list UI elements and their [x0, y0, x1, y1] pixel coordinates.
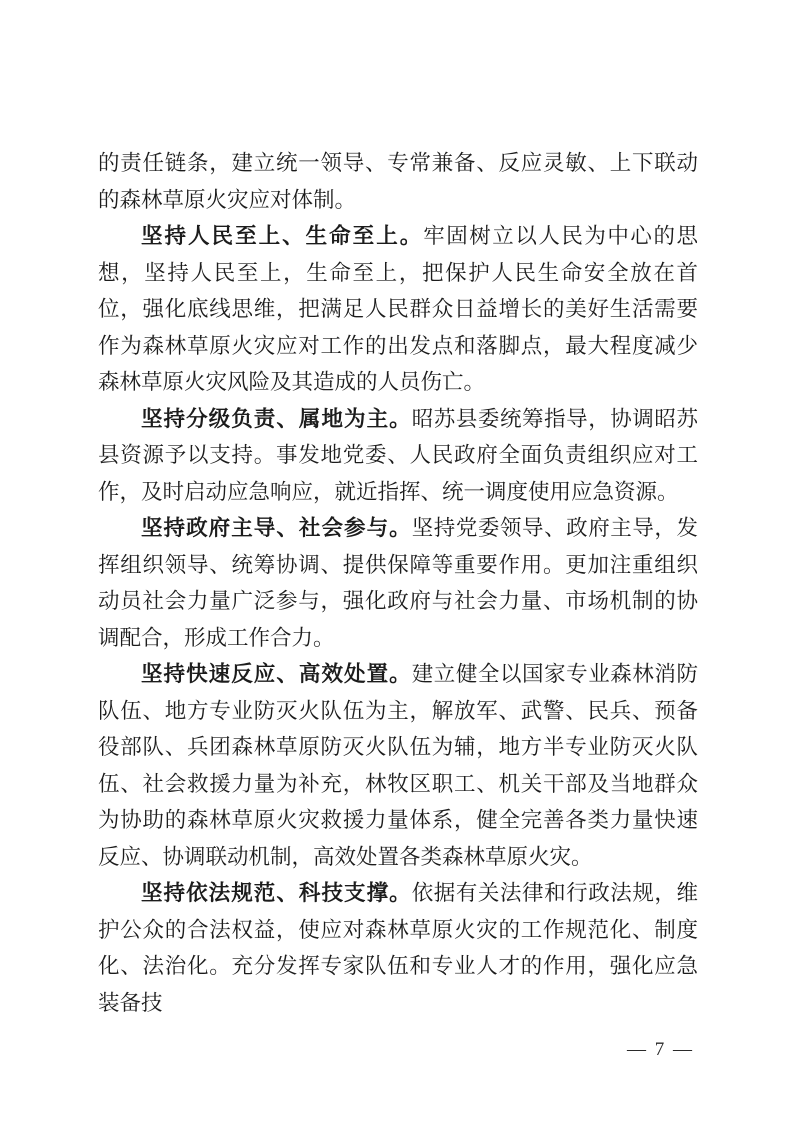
- paragraph-lead: 坚持政府主导、社会参与。: [141, 516, 412, 540]
- paragraph: 坚持分级负责、属地为主。昭苏县委统筹指导，协调昭苏县资源予以支持。事发地党委、人…: [98, 401, 698, 511]
- paragraph: 坚持人民至上、生命至上。牢固树立以人民为中心的思想，坚持人民至上，生命至上，把保…: [98, 218, 698, 401]
- paragraph: 坚持依法规范、科技支撑。依据有关法律和行政法规，维护公众的合法权益，使应对森林草…: [98, 875, 698, 1021]
- paragraph-body: 建立健全以国家专业森林消防队伍、地方专业防灭火队伍为主，解放军、武警、民兵、预备…: [98, 662, 698, 869]
- page-number: — 7 —: [627, 1039, 694, 1060]
- paragraph: 坚持快速反应、高效处置。建立健全以国家专业森林消防队伍、地方专业防灭火队伍为主，…: [98, 656, 698, 875]
- paragraph-body: 牢固树立以人民为中心的思想，坚持人民至上，生命至上，把保护人民生命安全放在首位，…: [98, 224, 698, 394]
- document-body: 的责任链条，建立统一领导、专常兼备、反应灵敏、上下联动的森林草原火灾应对体制。 …: [98, 145, 698, 1021]
- paragraph-lead: 坚持快速反应、高效处置。: [141, 662, 412, 686]
- paragraph-lead: 坚持依法规范、科技支撑。: [141, 881, 412, 905]
- paragraph-body: 的责任链条，建立统一领导、专常兼备、反应灵敏、上下联动的森林草原火灾应对体制。: [98, 151, 698, 212]
- document-page: 的责任链条，建立统一领导、专常兼备、反应灵敏、上下联动的森林草原火灾应对体制。 …: [0, 0, 793, 1122]
- paragraph: 坚持政府主导、社会参与。坚持党委领导、政府主导，发挥组织领导、统筹协调、提供保障…: [98, 510, 698, 656]
- paragraph: 的责任链条，建立统一领导、专常兼备、反应灵敏、上下联动的森林草原火灾应对体制。: [98, 145, 698, 218]
- paragraph-lead: 坚持分级负责、属地为主。: [141, 407, 412, 431]
- page-footer: — 7 —: [98, 1036, 698, 1064]
- paragraph-lead: 坚持人民至上、生命至上。: [141, 224, 423, 248]
